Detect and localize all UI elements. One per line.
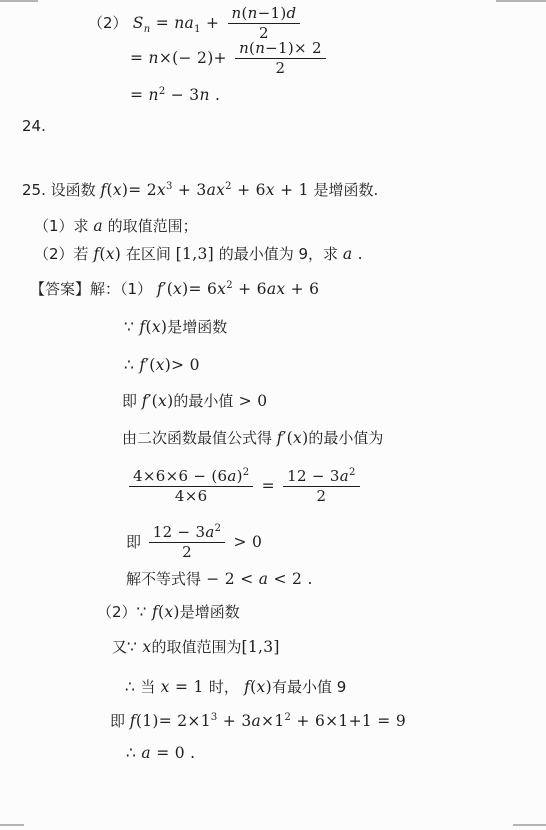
fraction-denominator: 4×6 (175, 487, 208, 505)
fraction-numerator: 12 − 3a2 (283, 468, 359, 487)
math-run: ∵ f(x) (124, 318, 167, 336)
math-run: > 0 (228, 533, 262, 551)
math-run: [1,3] (176, 245, 214, 263)
text-run: 是增函数 (180, 603, 240, 621)
answer-min-positive: 即 f′(x)的最小值 > 0 (122, 392, 267, 411)
answer-fraction-gt0: 即 12 − 3a22 > 0 (126, 524, 262, 562)
math-run: a . (343, 245, 363, 263)
math-run: f(x) (93, 245, 121, 263)
page-corner-mark-top-right (496, 0, 546, 2)
math-run: = (256, 477, 280, 495)
fraction-denominator: 2 (316, 487, 326, 505)
text-run: 的取值范围为 (151, 638, 241, 656)
math-run: f(x) (239, 678, 272, 696)
fraction-numerator: 4×6×6 − (6a)2 (129, 468, 253, 487)
text-run: 是增函数 (167, 318, 227, 336)
eq23-sn-step1: （2） Sn = na1 + n(n−1)d2 (88, 5, 303, 43)
math-run: ∴ (125, 678, 140, 696)
math-run: > 0 (233, 392, 267, 410)
math-run: f′(x)= 6x2 + 6ax + 6 (157, 280, 320, 298)
eq23-sn-step3: = n2 − 3n . (130, 86, 220, 105)
answer-part2-f1-eq: 即 f(1)= 2×13 + 3a×12 + 6×1+1 = 9 (110, 712, 406, 731)
fraction-denominator: 2 (182, 543, 192, 561)
text-run: 在区间 (121, 245, 176, 263)
text-run: 的最小值为 (308, 429, 383, 447)
fraction: 12 − 3a22 (283, 468, 359, 506)
answer-part2-increasing: （2）∵ f(x)是增函数 (97, 603, 240, 622)
text-run: （2） (88, 14, 128, 32)
math-run: f(x)= 2x3 + 3ax2 + 6x + 1 (100, 181, 308, 199)
text-run: 【答案】解：（1） (30, 280, 157, 298)
eq23-sn-step2: = n×(− 2)+ n(n−1)× 22 (130, 40, 329, 78)
page-corner-mark-bottom-left (0, 824, 24, 826)
fraction-numerator: 12 − 3a2 (149, 524, 225, 543)
text-run: 由二次函数最值公式得 (122, 429, 277, 447)
fraction: 4×6×6 − (6a)24×6 (129, 468, 253, 506)
answer-derivative: 【答案】解：（1） f′(x)= 6x2 + 6ax + 6 (30, 280, 319, 299)
math-run: Sn = na1 + (128, 14, 225, 32)
problem-25: 25. 设函数 f(x)= 2x3 + 3ax2 + 6x + 1 是增函数. (22, 181, 378, 200)
math-run: ∴ a = 0 . (126, 744, 195, 762)
text-run: 有最小值 9 (272, 678, 346, 696)
math-run: f′(x) (142, 392, 174, 410)
math-run: − 2 < a < 2 . (201, 570, 313, 588)
answer-fraction-eq: 4×6×6 − (6a)24×6 = 12 − 3a22 (126, 468, 363, 506)
text-run: （1）求 (34, 217, 93, 235)
text-run: 又 (112, 638, 127, 656)
math-run: = n×(− 2)+ (130, 49, 232, 67)
problem-25-part1: （1）求 a 的取值范围； (34, 217, 198, 236)
answer-increasing: ∵ f(x)是增函数 (124, 318, 227, 337)
answer-part2-a-result: ∴ a = 0 . (126, 744, 195, 763)
text-run: 24. (22, 117, 46, 135)
math-run: f′(x) (277, 429, 309, 447)
answer-part2-range: 又∵ x的取值范围为[1,3] (112, 638, 280, 657)
text-run: 是增函数. (309, 181, 379, 199)
document-page: （2） Sn = na1 + n(n−1)d2= n×(− 2)+ n(n−1)… (0, 0, 546, 830)
text-run: 的最小值 (173, 392, 233, 410)
math-run: [1,3] (241, 638, 279, 656)
text-run: 即 (122, 392, 142, 410)
text-run: 的取值范围； (103, 217, 198, 235)
page-corner-mark-bottom-right (513, 824, 546, 826)
fraction-numerator: n(n−1)d (228, 5, 301, 24)
math-run: x = 1 (155, 678, 208, 696)
problem-25-part2: （2）若 f(x) 在区间 [1,3] 的最小值为 9，求 a . (34, 245, 363, 264)
text-run: 25. 设函数 (22, 181, 100, 199)
text-run: 即 (110, 712, 130, 730)
math-run: f(1)= 2×13 + 3a×12 + 6×1+1 = 9 (130, 712, 406, 730)
fraction-denominator: 2 (276, 59, 286, 77)
fraction: n(n−1)d2 (228, 5, 301, 43)
fraction: n(n−1)× 22 (235, 40, 326, 78)
text-run: （2） (97, 603, 137, 621)
math-run: ∵ f(x) (137, 603, 180, 621)
item-24: 24. (22, 117, 46, 136)
math-run: ∵ x (127, 638, 151, 656)
fraction-numerator: n(n−1)× 2 (235, 40, 326, 59)
answer-inequality-result: 解不等式得 − 2 < a < 2 . (126, 570, 313, 589)
text-run: 当 (140, 678, 155, 696)
text-run: 即 (126, 533, 146, 551)
page-corner-mark-top-left (0, 0, 38, 2)
answer-derivative-positive: ∴ f′(x)> 0 (124, 356, 200, 375)
answer-quadratic-formula: 由二次函数最值公式得 f′(x)的最小值为 (122, 429, 383, 448)
fraction: 12 − 3a22 (149, 524, 225, 562)
math-run: ∴ f′(x)> 0 (124, 356, 200, 374)
answer-part2-min-at-1: ∴ 当 x = 1 时， f(x)有最小值 9 (125, 678, 346, 697)
text-run: 的最小值为 9，求 (214, 245, 343, 263)
text-run: （2）若 (34, 245, 93, 263)
math-run: = n2 − 3n . (130, 86, 220, 104)
text-run: 解不等式得 (126, 570, 201, 588)
math-run: a (93, 217, 103, 235)
text-run: 时， (209, 678, 239, 696)
